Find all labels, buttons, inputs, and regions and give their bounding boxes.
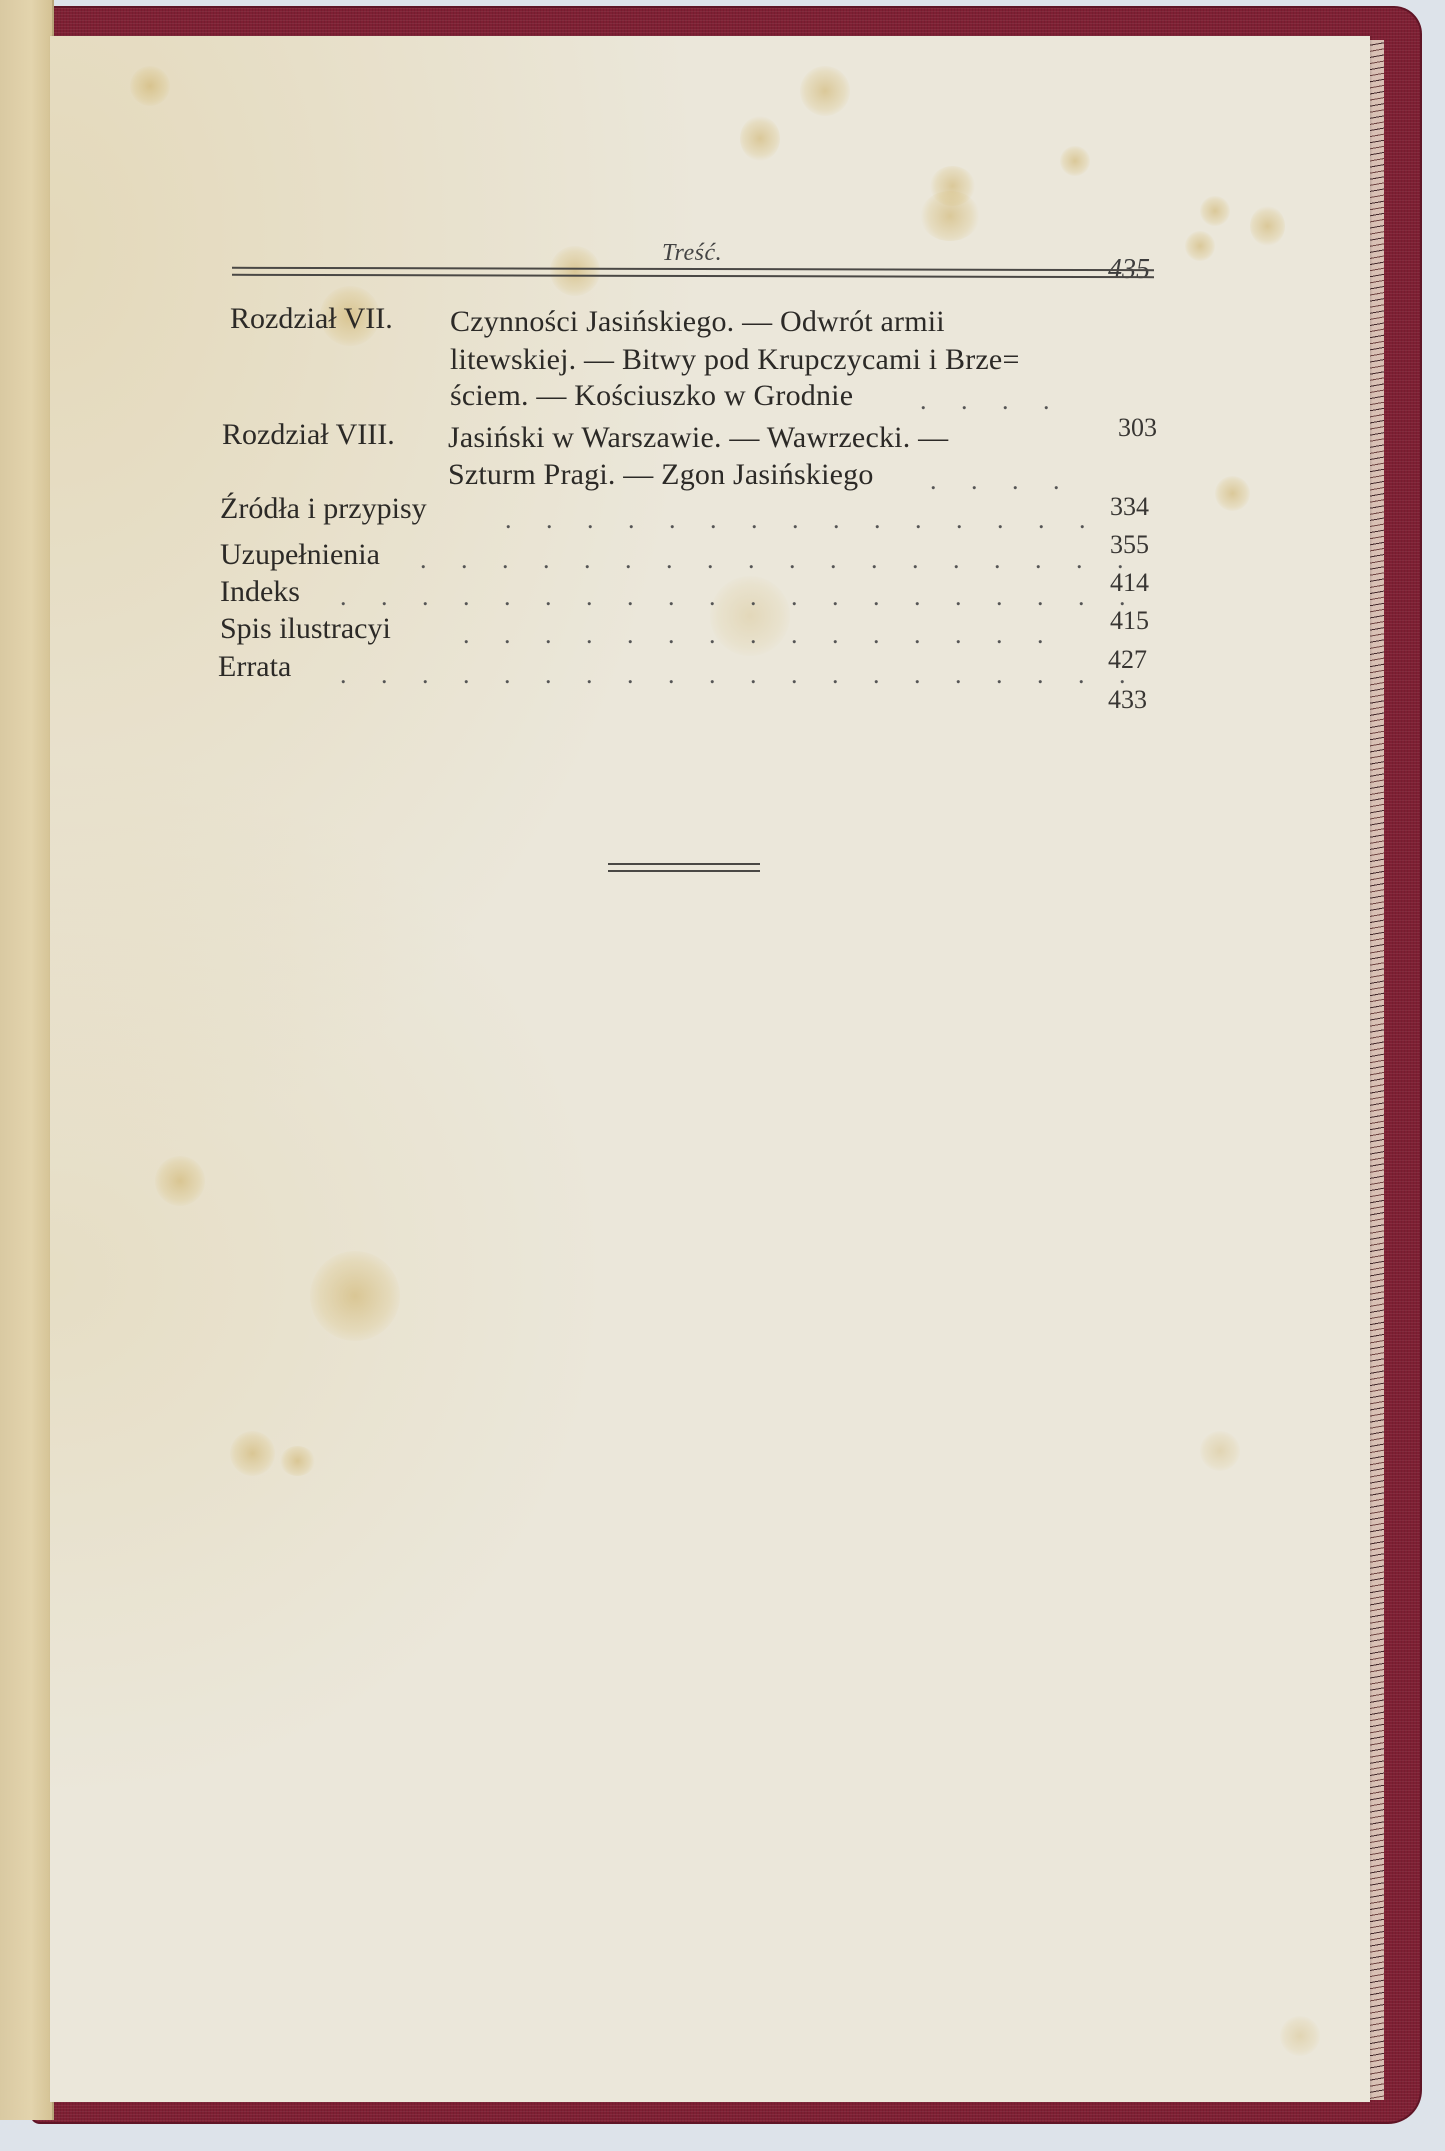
toc-page-number: 415 <box>1110 606 1149 636</box>
marbled-endpaper-edge <box>1368 40 1384 2100</box>
foxing-stain <box>310 1251 400 1341</box>
toc-entry-label: Rozdział VIII. <box>222 418 395 452</box>
toc-leader-dots: . . . . . . . . . . . . . . . <box>463 620 1058 650</box>
ornament-rule-top <box>608 863 760 865</box>
toc-entry-title-line: ściem. — Kościuszko w Grodnie <box>450 379 853 413</box>
toc-entry-title-line: Szturm Pragi. — Zgon Jasińskiego <box>448 458 874 492</box>
toc-leader-dots: . . . . <box>920 386 1064 416</box>
running-title: Treść. <box>662 240 722 267</box>
foxing-stain <box>280 1446 315 1476</box>
toc-entry-label: Źródła i przypisy <box>220 492 427 526</box>
toc-leader-dots: . . . . . . . . . . . . . . . . . . <box>420 545 1138 575</box>
toc-entry-label: Rozdział VII. <box>230 302 393 336</box>
toc-entry-title-line: Czynności Jasińskiego. — Odwrót armii <box>450 305 945 339</box>
foxing-stain <box>1200 1431 1240 1471</box>
foxing-stain <box>920 191 980 241</box>
toc-leader-dots: . . . . <box>930 466 1074 496</box>
foxing-stain <box>800 66 850 116</box>
toc-entry-label: Uzupełnienia <box>220 538 380 572</box>
foxing-stain <box>230 1431 275 1476</box>
toc-entry-label: Errata <box>218 650 291 684</box>
foxing-stain <box>130 66 170 106</box>
foxing-stain <box>1250 206 1285 246</box>
foxing-stain <box>550 246 600 296</box>
toc-entry-label: Indeks <box>220 575 300 609</box>
toc-page-number: 334 <box>1110 492 1149 522</box>
foxing-stain <box>155 1156 205 1206</box>
foxing-stain <box>1060 146 1090 176</box>
previous-page-edge <box>0 0 54 2120</box>
toc-leader-dots: . . . . . . . . . . . . . . . . . . . . <box>340 582 1140 612</box>
foxing-stain <box>740 116 780 161</box>
toc-leader-dots: . . . . . . . . . . . . . . . <box>505 505 1100 535</box>
toc-leader-dots: . . . . . . . . . . . . . . . . . . . . <box>340 660 1140 690</box>
ornament-rule-bottom <box>608 870 760 872</box>
foxing-stain <box>1200 196 1230 226</box>
toc-entry-title-line: Jasiński w Warszawie. — Wawrzecki. — <box>448 421 948 455</box>
toc-page-number: 303 <box>1118 413 1157 443</box>
toc-entry-title-line: litewskiej. — Bitwy pod Krupczycami i Br… <box>450 343 1020 377</box>
toc-page-number: 433 <box>1108 685 1147 715</box>
foxing-stain <box>1185 231 1215 261</box>
foxing-stain <box>1215 476 1250 511</box>
toc-entry-label: Spis ilustracyi <box>220 612 391 646</box>
foxing-stain <box>1280 2016 1320 2056</box>
